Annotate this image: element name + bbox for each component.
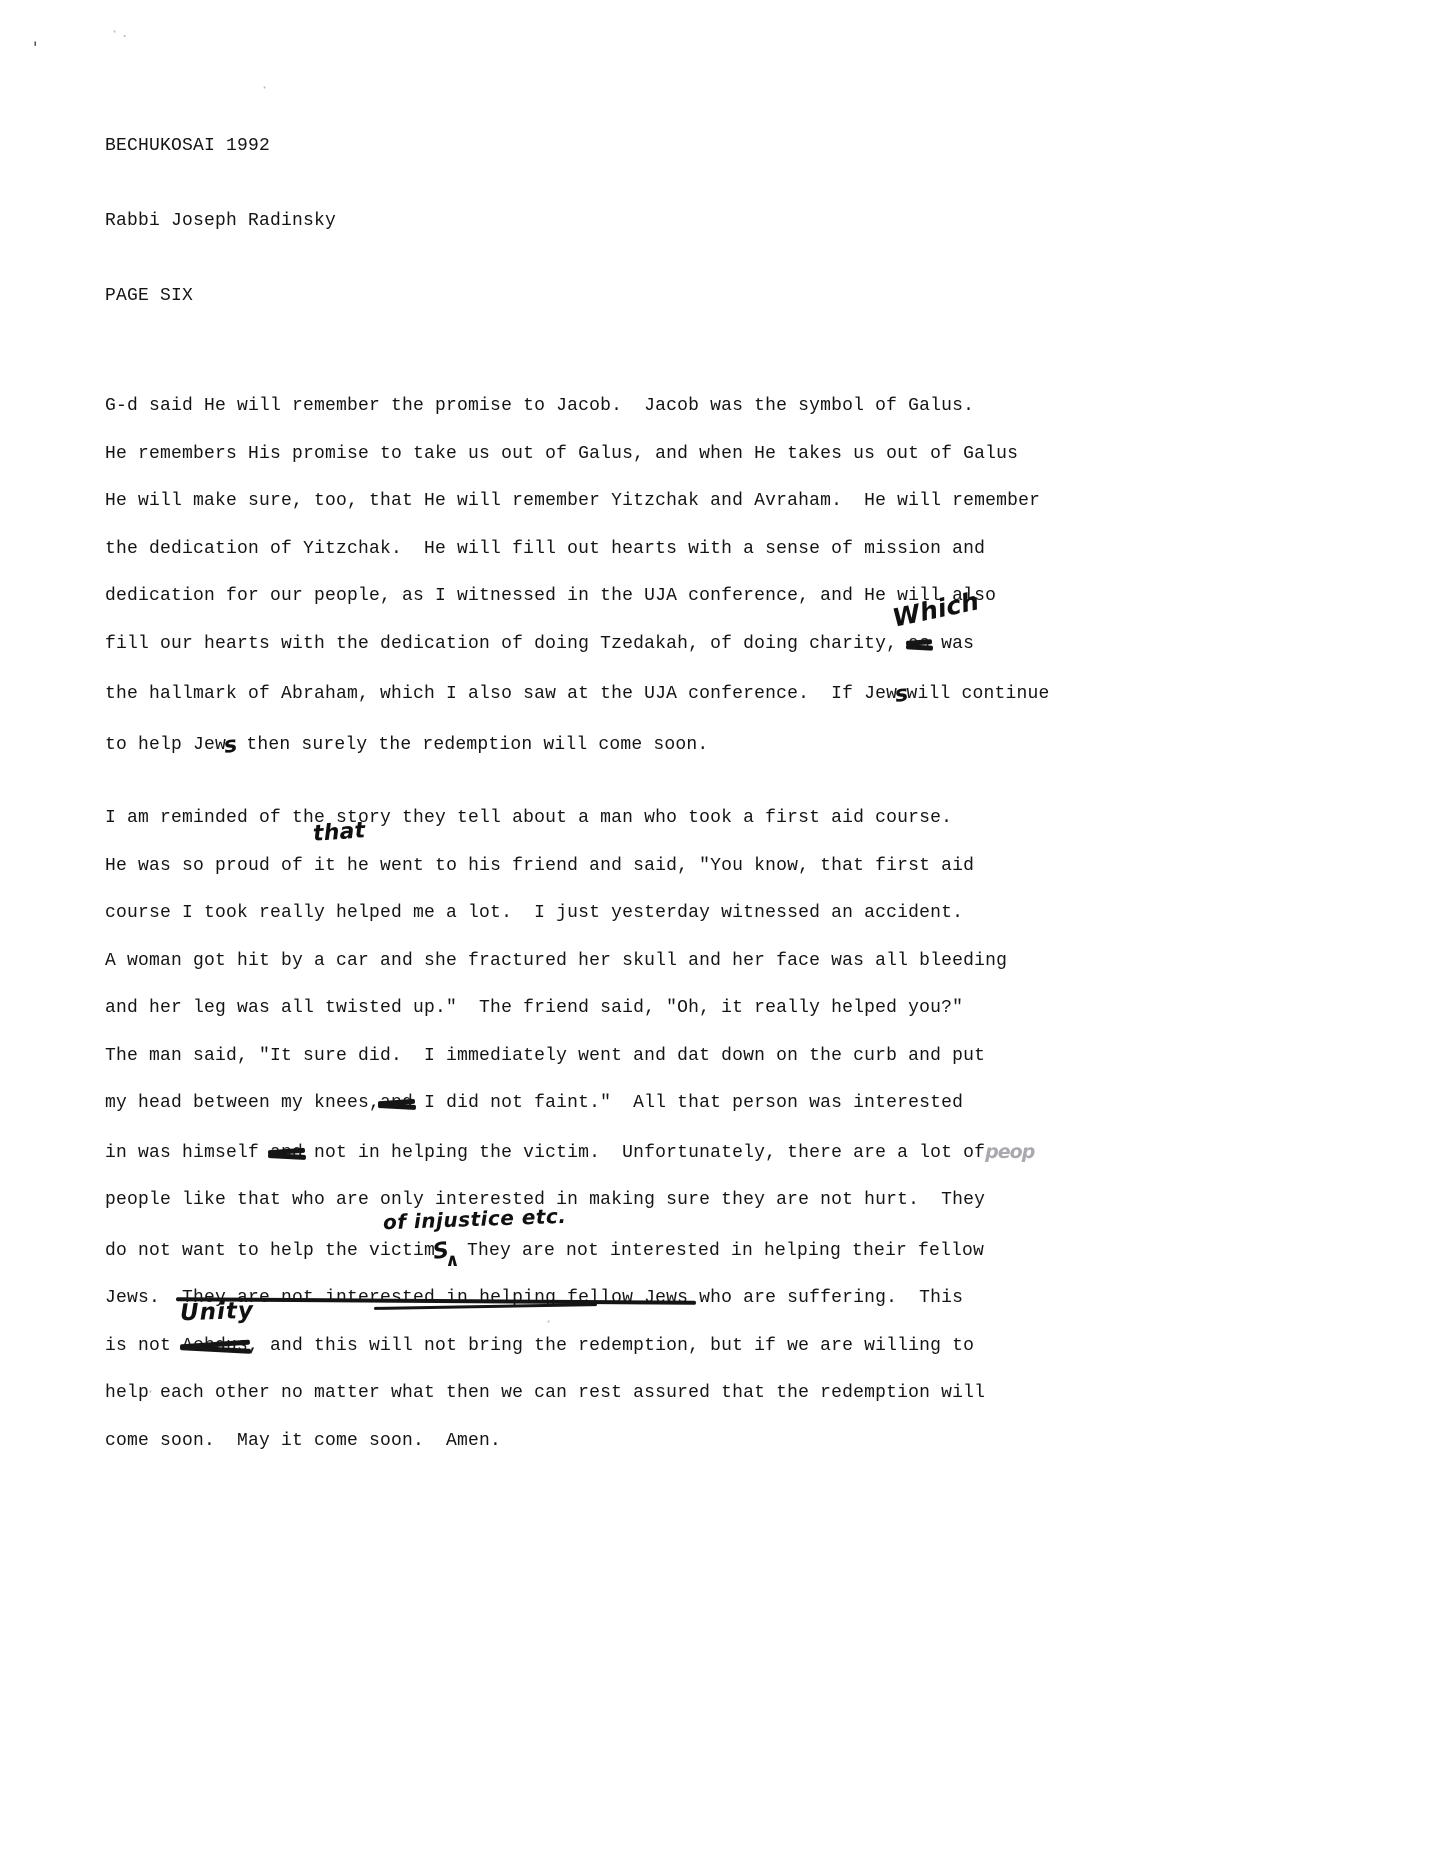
- typed-line: The man said, "It sure did. I immediatel…: [105, 1033, 1430, 1081]
- scan-speck: ·: [546, 1312, 551, 1331]
- typed-line: Jews. They are not interested in helping…: [105, 1275, 1430, 1323]
- document-header: BECHUKOSAI 1992 Rabbi Joseph Radinsky PA…: [0, 0, 1430, 359]
- typed-line: G-d said He will remember the promise to…: [105, 383, 1430, 431]
- handwritten-note: that: [311, 807, 367, 858]
- typed-line: He was so proud of it thathe went to his…: [105, 843, 1430, 891]
- typed-text: He remembers His promise to take us out …: [105, 444, 1018, 464]
- typed-line: fill our hearts with the dedication of d…: [105, 621, 1430, 669]
- scan-speck: ·: [148, 1382, 153, 1401]
- typed-line: the dedication of Yitzchak. He will fill…: [105, 526, 1430, 574]
- paragraph: I am reminded of the story they tell abo…: [105, 795, 1430, 1465]
- typed-text: who are suffering. This: [688, 1288, 963, 1308]
- typed-text: fill our hearts with the dedication of d…: [105, 634, 908, 654]
- typed-line: course I took really helped me a lot. I …: [105, 890, 1430, 938]
- typed-text: help each other no matter what then we c…: [105, 1383, 985, 1403]
- scan-speck: ': [33, 38, 37, 57]
- typed-text: course I took really helped me a lot. I …: [105, 903, 963, 923]
- struck-out-text: and: [380, 1093, 413, 1113]
- header-page-number: PAGE SIX: [105, 284, 1430, 309]
- typed-line: my head between my knees,and I did not f…: [105, 1080, 1430, 1128]
- typed-line: He will make sure, too, that He will rem…: [105, 478, 1430, 526]
- typed-text: A woman got hit by a car and she fractur…: [105, 951, 1007, 971]
- typed-text: G-d said He will remember the promise to…: [105, 396, 974, 416]
- struck-out-text: They are not interested in helping fello…: [182, 1288, 688, 1308]
- document-body: G-d said He will remember the promise to…: [0, 383, 1430, 1465]
- typed-text: and her leg was all twisted up." The fri…: [105, 998, 963, 1018]
- typed-text: They are not interested in helping their…: [456, 1241, 984, 1261]
- typed-line: in was himself and not in helping the vi…: [105, 1128, 1430, 1178]
- typed-text: dedication for our people, as I witnesse…: [105, 586, 996, 606]
- struck-out-text: Achdus: [182, 1336, 248, 1356]
- handwritten-note: of injustice etc.: [382, 1193, 567, 1247]
- typed-line: is not UnityAchdus, and this will not br…: [105, 1323, 1430, 1371]
- typed-text: the dedication of Yitzchak. He will fill…: [105, 539, 985, 559]
- document-page: BECHUKOSAI 1992 Rabbi Joseph Radinsky PA…: [0, 0, 1430, 1851]
- typed-line: dedication for our people, as I witnesse…: [105, 573, 1430, 621]
- typed-line: and her leg was all twisted up." The fri…: [105, 985, 1430, 1033]
- typed-line: I am reminded of the story they tell abo…: [105, 795, 1430, 843]
- scan-speck: · .: [112, 22, 127, 41]
- typed-text: The man said, "It sure did. I immediatel…: [105, 1046, 985, 1066]
- typed-text: is not: [105, 1336, 182, 1356]
- struck-out-text: as: [908, 634, 930, 654]
- typed-line: do not want to help the victimSof injust…: [105, 1225, 1430, 1276]
- header-title: BECHUKOSAI 1992: [105, 134, 1430, 159]
- typed-text: my head between my knees,: [105, 1093, 380, 1113]
- typed-line: help each other no matter what then we c…: [105, 1370, 1430, 1418]
- typed-text: He was so proud of it: [105, 856, 347, 876]
- typed-text: He will make sure, too, that He will rem…: [105, 491, 1040, 511]
- typed-line: the hallmark of Abraham, which I also sa…: [105, 668, 1430, 719]
- typed-line: He remembers His promise to take us out …: [105, 431, 1430, 479]
- struck-out-text: and: [270, 1143, 303, 1163]
- typed-text: in was himself: [105, 1143, 270, 1163]
- typed-line: people like that who are only interested…: [105, 1177, 1430, 1225]
- typed-text: not in helping the victim. Unfortunately…: [303, 1143, 985, 1163]
- handwritten-note: Unity: [179, 1288, 255, 1338]
- typed-text: to help Jew: [105, 735, 226, 755]
- header-author: Rabbi Joseph Radinsky: [105, 209, 1430, 234]
- typed-text: was: [930, 634, 974, 654]
- typed-text: the hallmark of Abraham, which I also sa…: [105, 684, 897, 704]
- typed-text: he went to his friend and said, "You kno…: [347, 856, 974, 876]
- paragraph: G-d said He will remember the promise to…: [105, 383, 1430, 769]
- typed-text: I did not faint." All that person was in…: [413, 1093, 963, 1113]
- typed-line: to help Jews then surely the redemption …: [105, 719, 1430, 770]
- scan-speck: ·: [262, 78, 267, 97]
- typed-text: come soon. May it come soon. Amen.: [105, 1431, 501, 1451]
- typed-text: I am reminded of the story they tell abo…: [105, 808, 952, 828]
- typed-text: will continue: [906, 684, 1049, 704]
- typed-line: A woman got hit by a car and she fractur…: [105, 938, 1430, 986]
- typed-line: come soon. May it come soon. Amen.: [105, 1418, 1430, 1466]
- typed-text: Jews.: [105, 1288, 182, 1308]
- handwritten-note: peop: [985, 1129, 1034, 1177]
- typed-text: , and this will not bring the redemption…: [248, 1336, 974, 1356]
- typed-text: then surely the redemption will come soo…: [235, 735, 708, 755]
